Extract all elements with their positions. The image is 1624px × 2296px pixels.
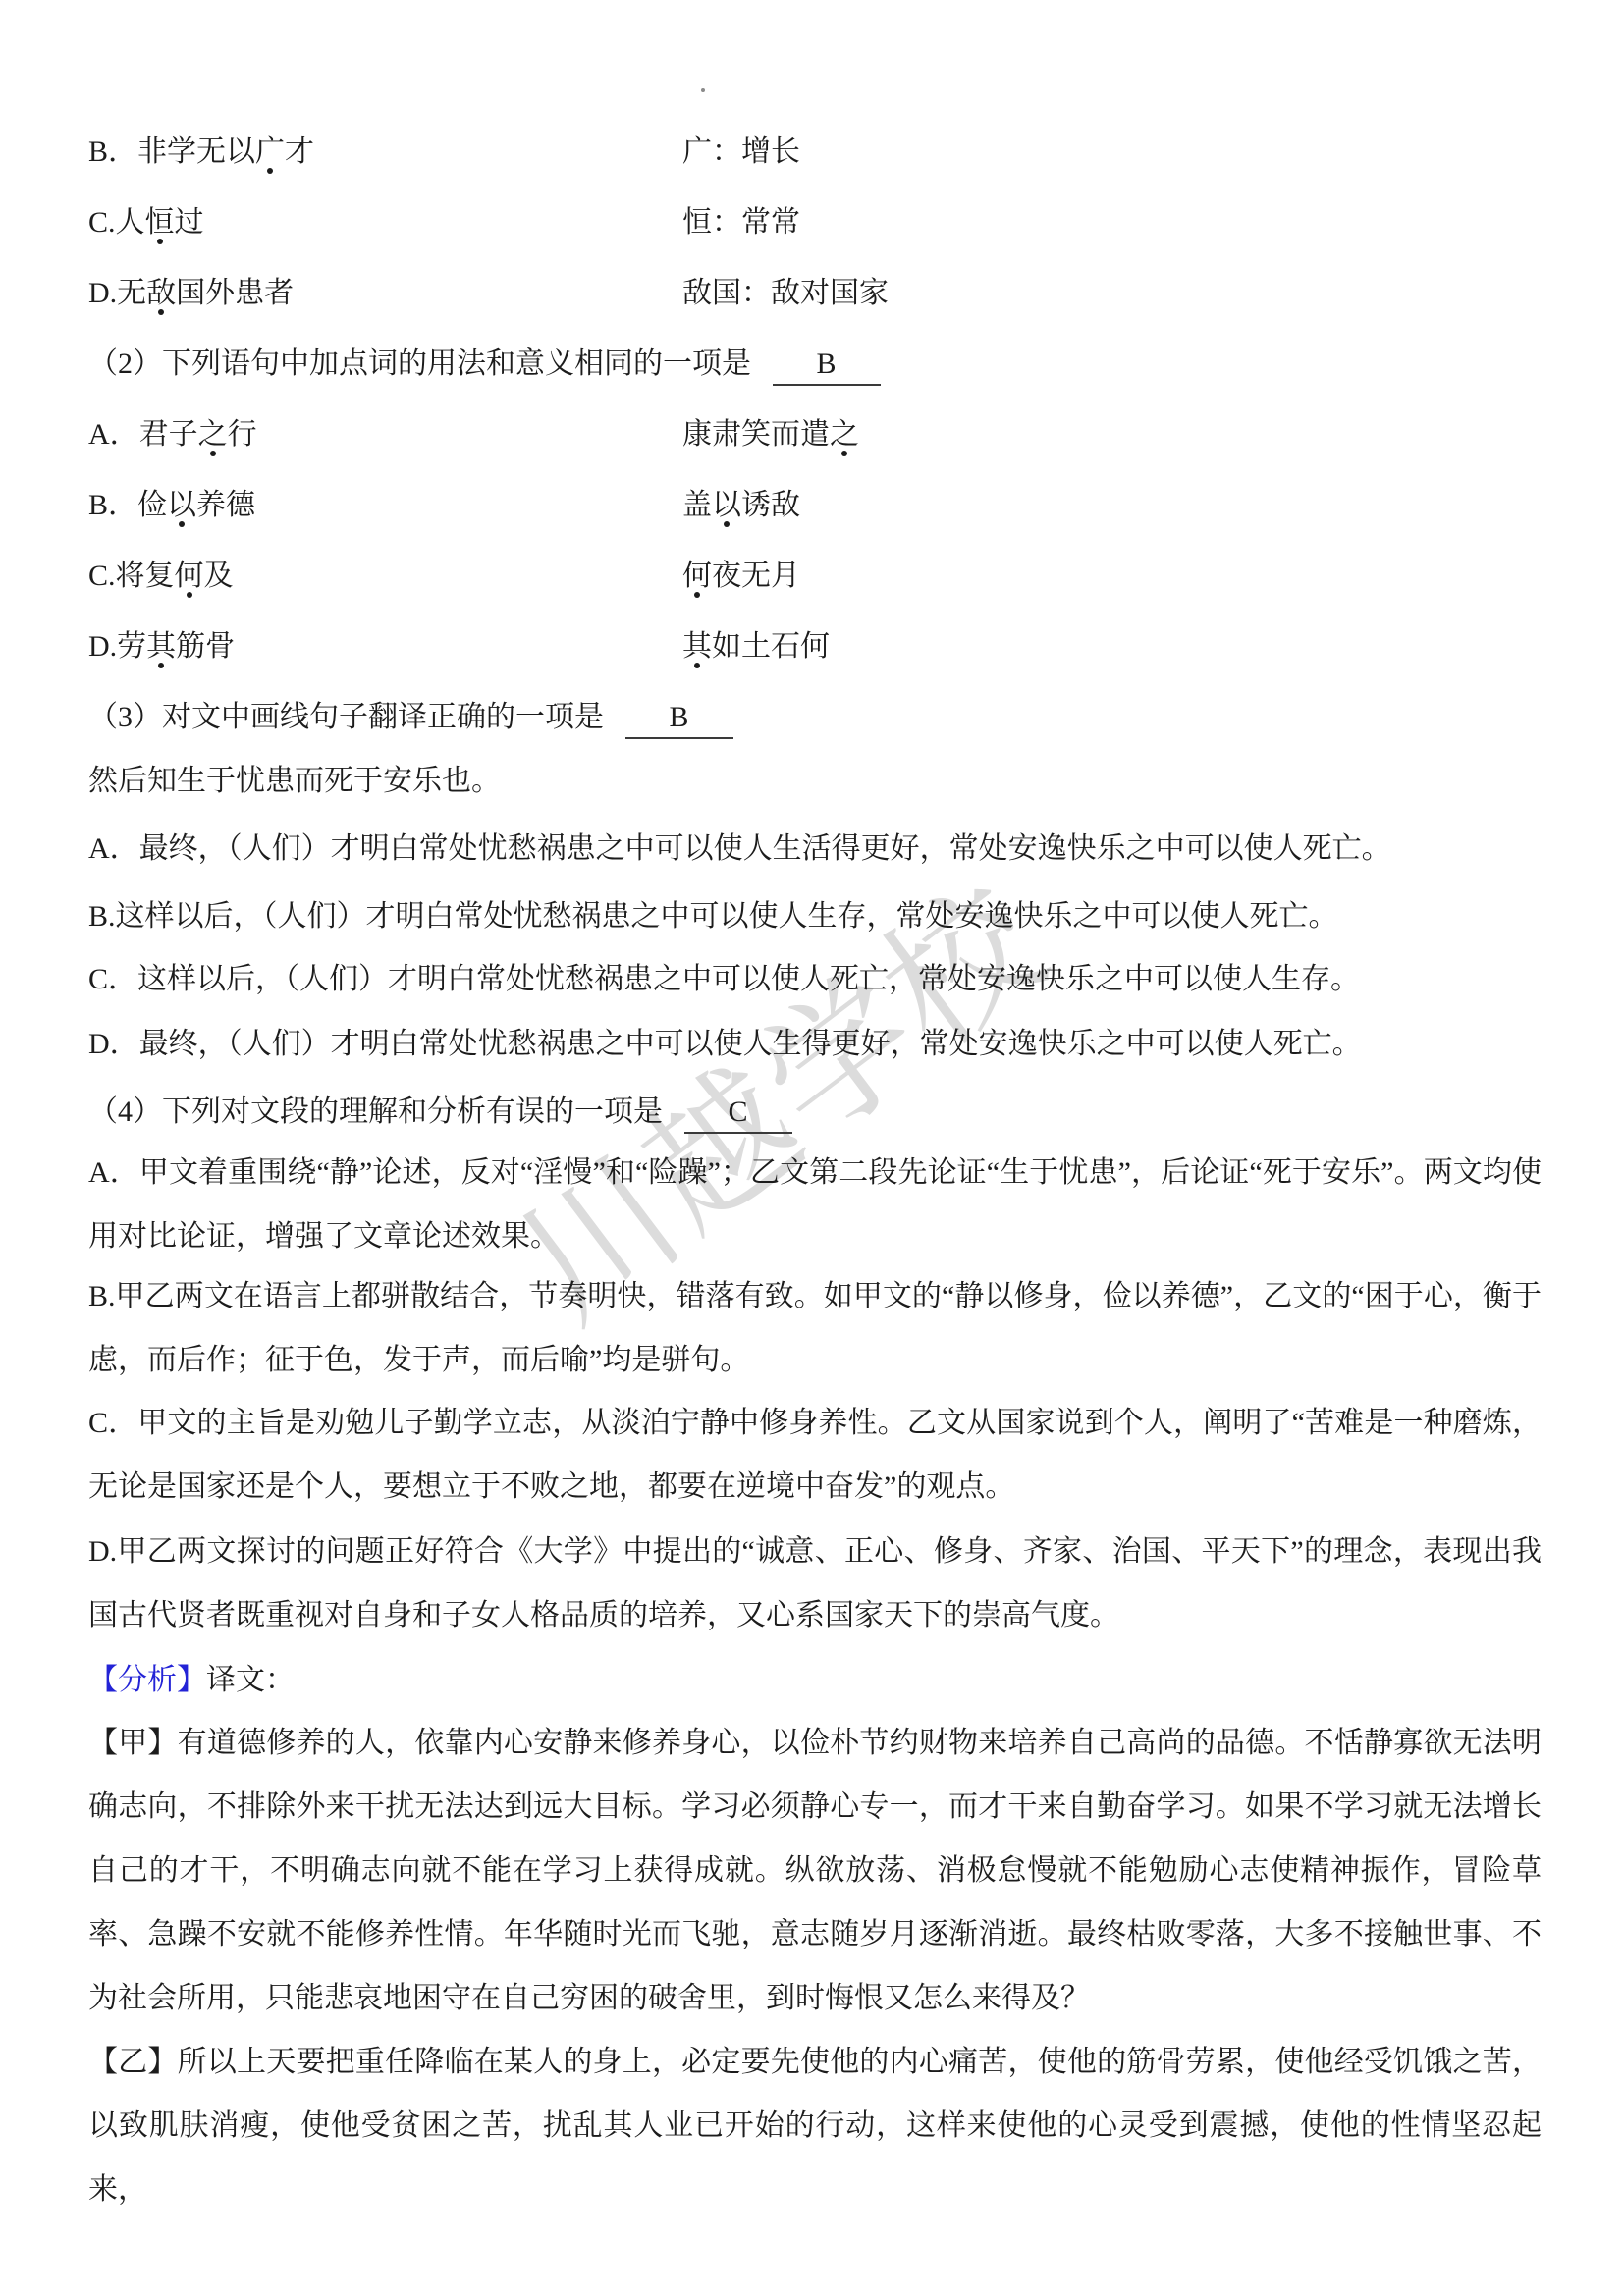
emphasized-char: 其 <box>682 632 712 662</box>
q2-option-c-text: C.将复何及 <box>88 560 234 592</box>
emphasized-char: 何 <box>175 561 204 591</box>
q3-header: （3）对文中画线句子翻译正确的一项是 B <box>88 685 1542 749</box>
q2-answer: B <box>816 347 836 380</box>
emphasized-char: 广 <box>255 137 285 167</box>
q2-option-a-text: A．君子之行 <box>88 418 257 451</box>
q3-answer: B <box>669 701 688 733</box>
q4-header: （4）下列对文段的理解和分析有误的一项是 C <box>88 1080 1542 1144</box>
translation-jia: 【甲】有道德修养的人，依靠内心安静来修养身心，以俭朴节约财物来培养自己高尚的品德… <box>88 1711 1542 2030</box>
stray-mark <box>701 88 705 92</box>
q2-answer-blank: B <box>773 347 881 386</box>
q2-compare-c: 何夜无月 <box>682 544 800 608</box>
q2-compare-d: 其如土石何 <box>682 614 830 678</box>
q4-option-c: C．甲文的主旨是劝勉儿子勤学立志，从淡泊宁静中修身养性。乙文从国家说到个人，阐明… <box>88 1391 1542 1519</box>
translation-yi: 【乙】所以上天要把重任降临在某人的身上，必定要先使他的内心痛苦，使他的筋骨劳累，… <box>88 2030 1542 2221</box>
q2-compare-a: 康肃笑而遣之 <box>682 402 859 466</box>
q2-option-d-text: D.劳其筋骨 <box>88 630 235 663</box>
emphasized-char: 敌 <box>146 279 176 308</box>
q4-option-b: B.甲乙两文在语言上都骈散结合，节奏明快，错落有致。如甲文的“静以修身，俭以养德… <box>88 1264 1542 1392</box>
q4-answer: C <box>728 1095 747 1128</box>
q1-option-c-text: C.人恒过 <box>88 206 204 239</box>
q4-header-text: （4）下列对文段的理解和分析有误的一项是 <box>88 1095 663 1128</box>
emphasized-char: 何 <box>682 561 712 591</box>
emphasized-char: 以 <box>167 491 196 520</box>
q3-option-c: C．这样以后，（人们）才明白常处忧愁祸患之中可以使人死亡，常处安逸快乐之中可以使… <box>88 947 1542 1011</box>
emphasized-char: 恒 <box>145 208 175 238</box>
q1-option-row-c: C.人恒过 恒：常常 <box>88 190 1542 254</box>
q1-option-row-d: D.无敌国外患者 敌国：敌对国家 <box>88 261 1542 325</box>
analysis-label: 【分析】 <box>88 1664 206 1696</box>
q3-header-text: （3）对文中画线句子翻译正确的一项是 <box>88 701 604 733</box>
emphasized-char: 其 <box>146 632 176 662</box>
q2-header: （2）下列语句中加点词的用法和意义相同的一项是 B <box>88 332 1542 396</box>
q4-option-a: A．甲文着重围绕“静”论述，反对“淫慢”和“险躁”；乙文第二段先论证“生于忧患”… <box>88 1141 1542 1268</box>
q2-option-row-b: B．俭以养德 盖以诱敌 <box>88 473 1542 537</box>
analysis-heading: 【分析】译文： <box>88 1648 1542 1712</box>
q3-answer-blank: B <box>625 701 733 739</box>
q3-source-sentence: 然后知生于忧患而死于安乐也。 <box>88 749 1542 813</box>
q1-option-row-b: B．非学无以广才 广：增长 <box>88 120 1542 184</box>
q2-header-text: （2）下列语句中加点词的用法和意义相同的一项是 <box>88 347 751 380</box>
q1-definition-b: 广：增长 <box>682 120 800 184</box>
q3-option-a: A．最终，（人们）才明白常处忧愁祸患之中可以使人生活得更好，常处安逸快乐之中可以… <box>88 817 1542 881</box>
q2-option-row-c: C.将复何及 何夜无月 <box>88 544 1542 608</box>
q2-option-b-text: B．俭以养德 <box>88 489 255 521</box>
q4-option-d: D.甲乙两文探讨的问题正好符合《大学》中提出的“诚意、正心、修身、齐家、治国、平… <box>88 1520 1542 1647</box>
emphasized-char: 之 <box>198 420 228 450</box>
q1-definition-d: 敌国：敌对国家 <box>682 261 889 325</box>
emphasized-char: 之 <box>830 420 859 450</box>
q2-compare-b: 盖以诱敌 <box>682 473 800 537</box>
exam-document-page: 川越学校 B．非学无以广才 广：增长 C.人恒过 恒：常常 D.无敌国外患者 敌… <box>0 0 1624 2296</box>
q2-option-row-a: A．君子之行 康肃笑而遣之 <box>88 402 1542 466</box>
q3-option-b: B.这样以后，（人们）才明白常处忧愁祸患之中可以使人生存，常处安逸快乐之中可以使… <box>88 884 1542 948</box>
q1-definition-c: 恒：常常 <box>682 190 800 254</box>
emphasized-char: 以 <box>712 491 741 520</box>
q1-option-b-text: B．非学无以广才 <box>88 135 314 168</box>
q3-option-d: D．最终，（人们）才明白常处忧愁祸患之中可以使人生得更好，常处安逸快乐之中可以使… <box>88 1012 1542 1076</box>
q2-option-row-d: D.劳其筋骨 其如土石何 <box>88 614 1542 678</box>
q4-answer-blank: C <box>684 1095 792 1134</box>
analysis-title: 译文： <box>206 1664 295 1696</box>
q1-option-d-text: D.无敌国外患者 <box>88 277 294 309</box>
